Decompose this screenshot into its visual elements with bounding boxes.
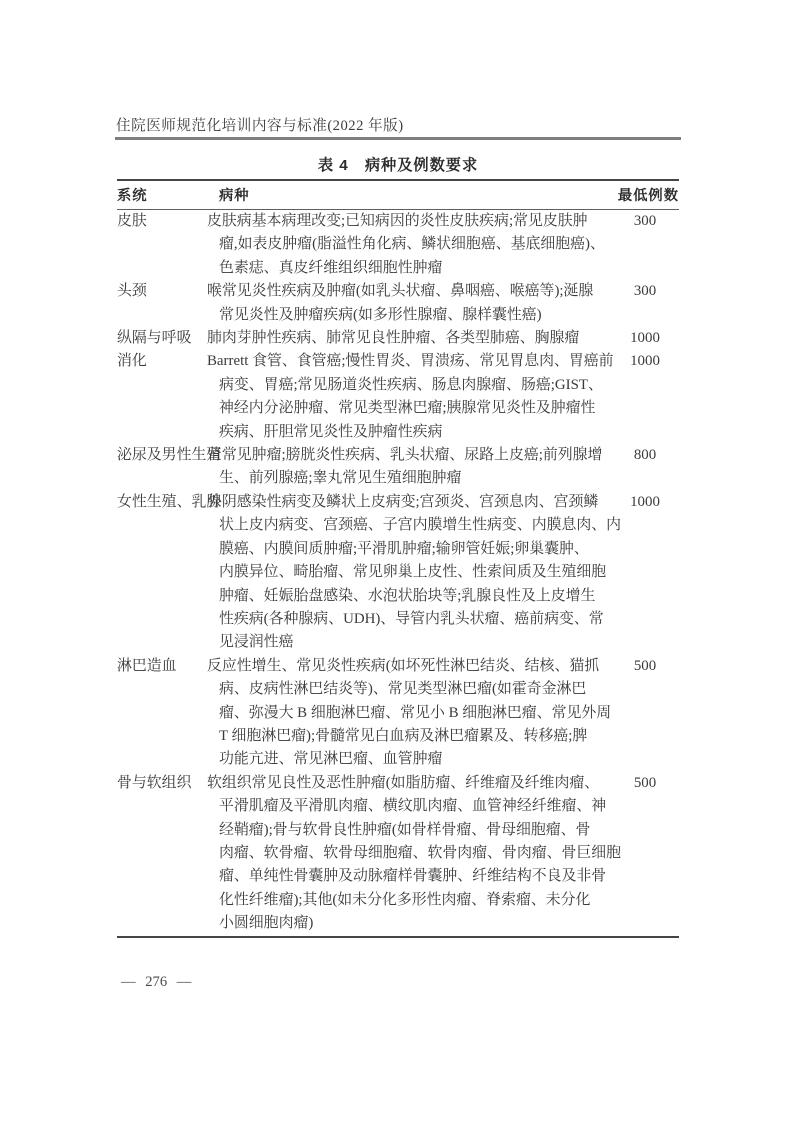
col-header-disease: 病种 — [219, 180, 611, 210]
min-cases-cell: 500 — [611, 655, 679, 772]
min-cases-cell: 300 — [611, 210, 679, 281]
page-number: — 276 — — [121, 974, 191, 991]
disease-cell: Barrett 食管、食管癌;慢性胃炎、胃溃疡、常见胃息肉、胃癌前 病变、胃癌;… — [219, 350, 611, 444]
min-cases-cell: 1000 — [611, 350, 679, 444]
col-header-system: 系统 — [117, 180, 219, 210]
system-cell: 纵隔与呼吸 — [117, 327, 219, 350]
table-row: 骨与软组织 软组织常见良性及恶性肿瘤(如脂肪瘤、纤维瘤及纤维肉瘤、 平滑肌瘤及平… — [117, 772, 679, 937]
disease-cell: 喉常见炎性疾病及肿瘤(如乳头状瘤、鼻咽癌、喉癌等);涎腺 常见炎性及肿瘤疾病(如… — [219, 280, 611, 327]
col-header-min-cases: 最低例数 — [611, 180, 679, 210]
system-cell: 头颈 — [117, 280, 219, 327]
min-cases-cell: 500 — [611, 772, 679, 937]
disease-cell: 肺肉芽肿性疾病、肺常见良性肿瘤、各类型肺癌、胸腺瘤 — [219, 327, 611, 350]
table-row: 皮肤 皮肤病基本病理改变;已知病因的炎性皮肤疾病;常见皮肤肿 瘤,如表皮肿瘤(脂… — [117, 210, 679, 281]
disease-cell: 外阴感染性病变及鳞状上皮病变;宫颈炎、宫颈息肉、宫颈鳞 状上皮内病变、宫颈癌、子… — [219, 491, 611, 655]
min-cases-cell: 300 — [611, 280, 679, 327]
table-row: 纵隔与呼吸 肺肉芽肿性疾病、肺常见良性肿瘤、各类型肺癌、胸腺瘤 1000 — [117, 327, 679, 350]
disease-cell: 反应性增生、常见炎性疾病(如坏死性淋巴结炎、结核、猫抓 病、皮病性淋巴结炎等)、… — [219, 655, 611, 772]
system-cell: 皮肤 — [117, 210, 219, 281]
disease-requirements-table: 系统 病种 最低例数 皮肤 皮肤病基本病理改变;已知病因的炎性皮肤疾病;常见皮肤… — [117, 179, 679, 938]
table-row: 头颈 喉常见炎性疾病及肿瘤(如乳头状瘤、鼻咽癌、喉癌等);涎腺 常见炎性及肿瘤疾… — [117, 280, 679, 327]
table-row: 淋巴造血 反应性增生、常见炎性疾病(如坏死性淋巴结炎、结核、猫抓 病、皮病性淋巴… — [117, 655, 679, 772]
disease-cell: 皮肤病基本病理改变;已知病因的炎性皮肤疾病;常见皮肤肿 瘤,如表皮肿瘤(脂溢性角… — [219, 210, 611, 281]
min-cases-cell: 800 — [611, 444, 679, 491]
table-row: 消化 Barrett 食管、食管癌;慢性胃炎、胃溃疡、常见胃息肉、胃癌前 病变、… — [117, 350, 679, 444]
system-cell: 淋巴造血 — [117, 655, 219, 772]
min-cases-cell: 1000 — [611, 327, 679, 350]
header-rule — [115, 137, 681, 140]
system-cell: 骨与软组织 — [117, 772, 219, 937]
table-header-row: 系统 病种 最低例数 — [117, 180, 679, 210]
running-header: 住院医师规范化培训内容与标准(2022 年版) — [116, 114, 404, 135]
table-title: 表 4 病种及例数要求 — [117, 154, 679, 175]
table-row: 女性生殖、乳腺 外阴感染性病变及鳞状上皮病变;宫颈炎、宫颈息肉、宫颈鳞 状上皮内… — [117, 491, 679, 655]
document-page: 住院医师规范化培训内容与标准(2022 年版) 表 4 病种及例数要求 系统 病… — [0, 0, 800, 1131]
system-cell: 泌尿及男性生殖 — [117, 444, 219, 491]
disease-cell: 肾常见肿瘤;膀胱炎性疾病、乳头状瘤、尿路上皮癌;前列腺增 生、前列腺癌;睾丸常见… — [219, 444, 611, 491]
disease-cell: 软组织常见良性及恶性肿瘤(如脂肪瘤、纤维瘤及纤维肉瘤、 平滑肌瘤及平滑肌肉瘤、横… — [219, 772, 611, 937]
table-row: 泌尿及男性生殖 肾常见肿瘤;膀胱炎性疾病、乳头状瘤、尿路上皮癌;前列腺增 生、前… — [117, 444, 679, 491]
system-cell: 女性生殖、乳腺 — [117, 491, 219, 655]
min-cases-cell: 1000 — [611, 491, 679, 655]
system-cell: 消化 — [117, 350, 219, 444]
